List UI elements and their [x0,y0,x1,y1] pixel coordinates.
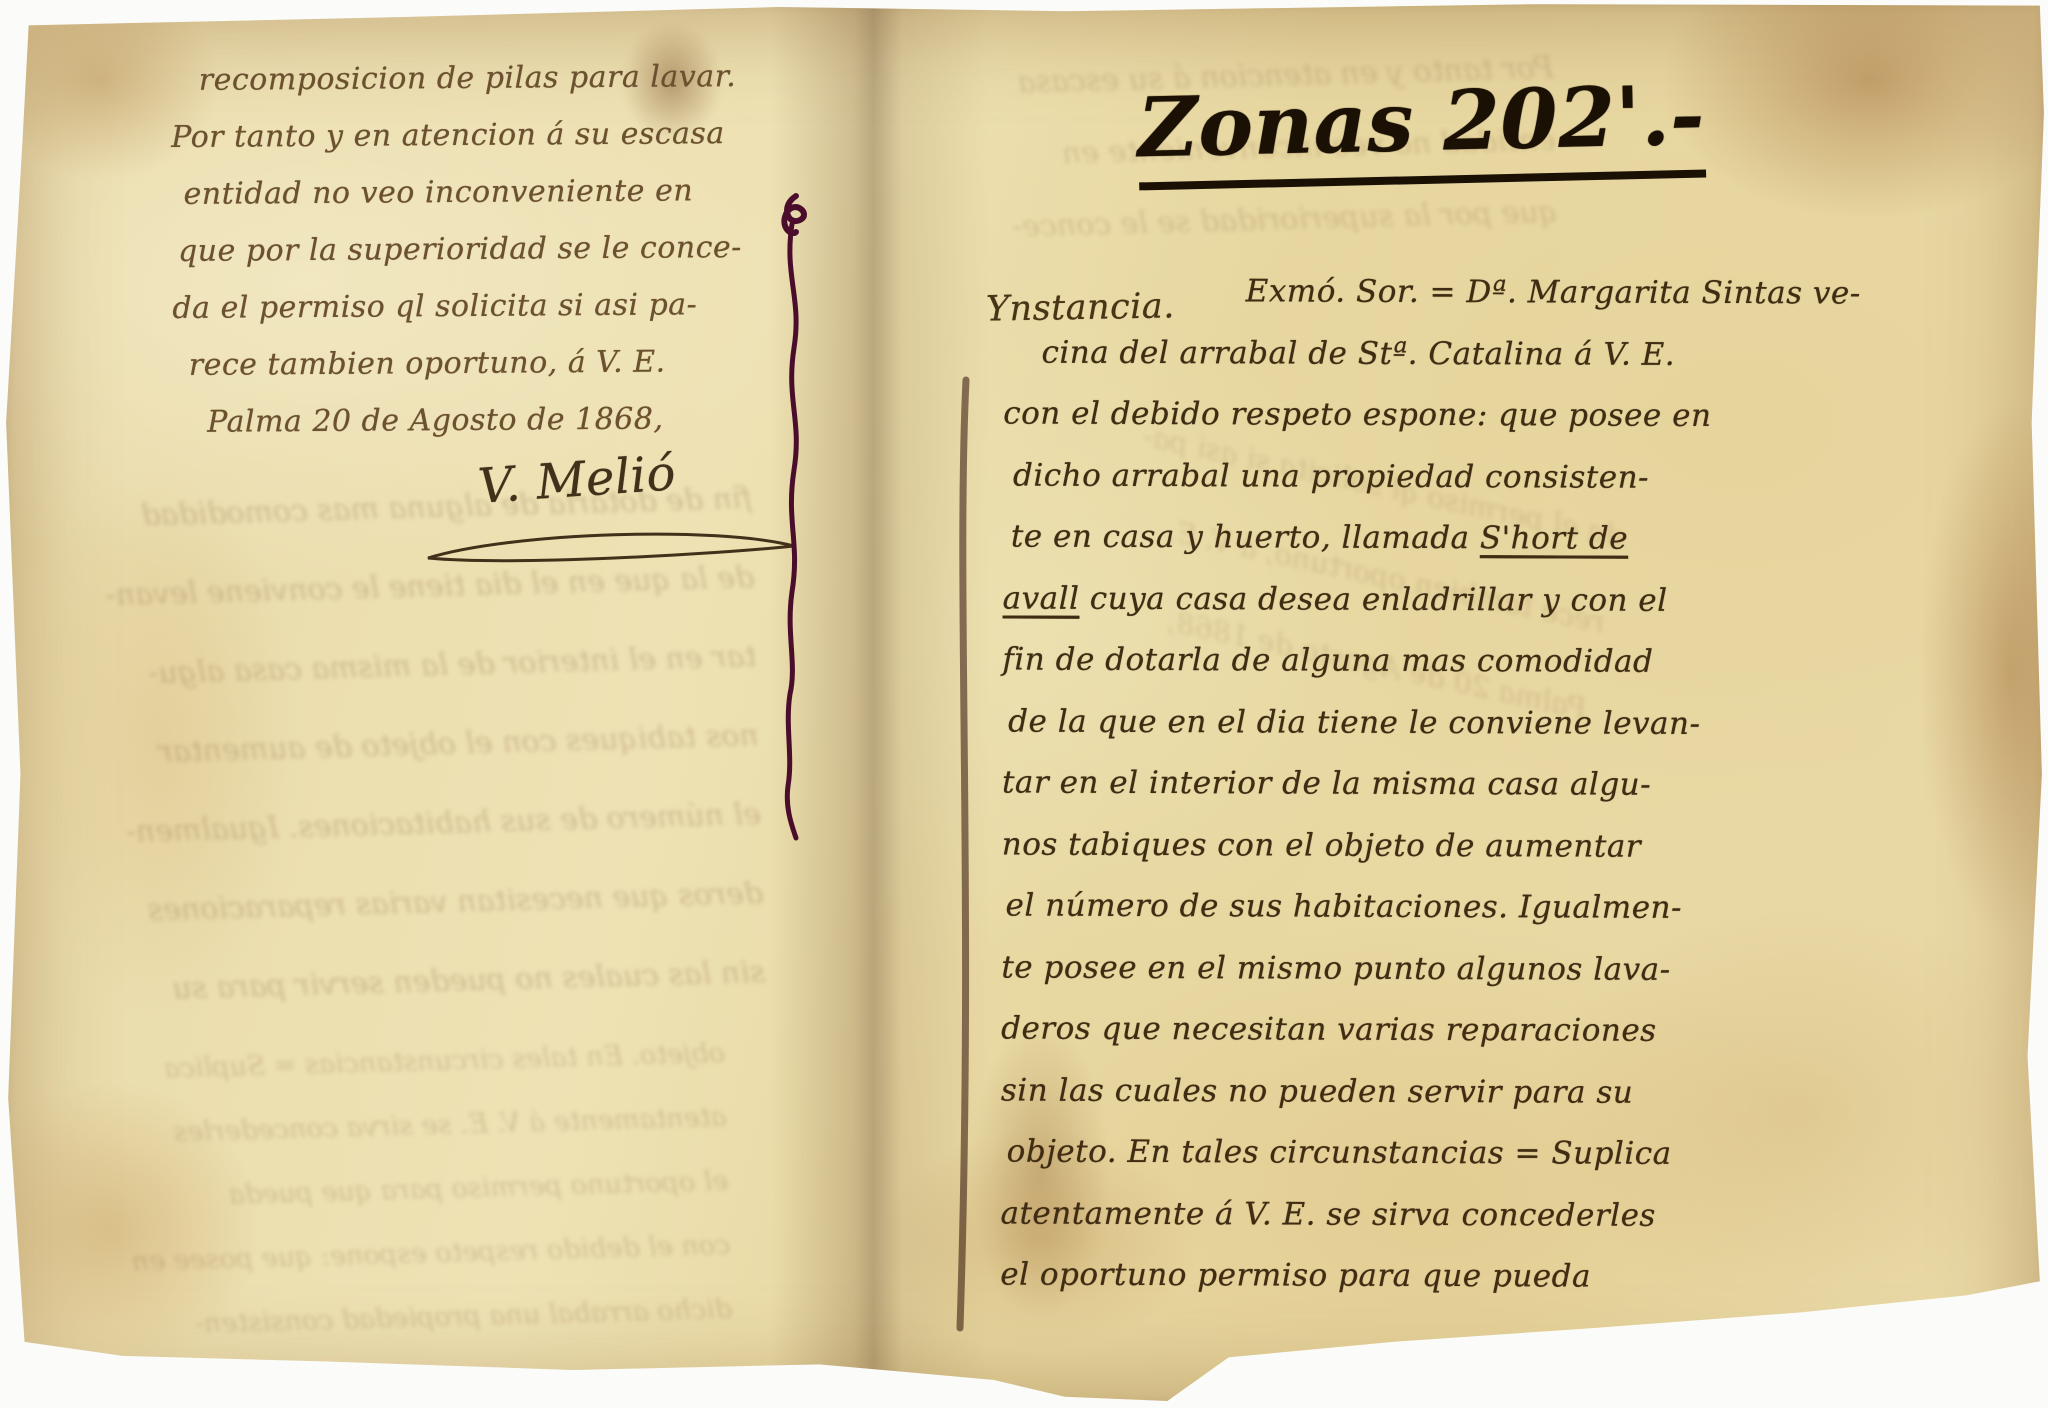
line-text: atentamente á V. E. se sirva concederles [1000,1195,1656,1233]
stain [1660,0,2048,220]
page-edge-crease [948,380,992,1330]
stain [1920,400,2048,940]
line-text: objeto. En tales circunstancias = Suplic… [1007,1134,1672,1172]
line-text: el número de sus habitaciones. Igualmen- [1006,888,1683,926]
line-text: el oportuno permiso para que pueda [1000,1257,1591,1295]
manuscript-line: Exmó. Sor. = Dª. Margarita Sintas ve- [1004,261,1861,325]
line-text: nos tabiques con el objeto de aumentar [1002,826,1641,864]
manuscript-line: con el debido respeto espone: que posee … [1003,384,1860,448]
binding-thread [742,180,852,890]
manuscript-line: Palma 20 de Agosto de 1868, [173,390,743,451]
line-text: te en casa y huerto, llamada [1011,519,1480,557]
bleed-through-text: objeto. En tales circunstancias = Suplic… [126,1022,733,1359]
manuscript-line: que por la superioridad se le conce- [172,219,742,280]
line-text: sin las cuales no pueden servir para su [1001,1072,1633,1110]
line-text: cina del arrabal de Stª. Catalina á V. E… [1041,334,1675,372]
left-page-text: recomposicion de pilas para lavar. Por t… [171,48,744,451]
line-text: te posee en el mismo punto algunos lava- [1001,949,1670,987]
manuscript-line: de la que en el dia tiene le conviene le… [1002,691,1859,755]
manuscript-line: Por tanto y en atencion á su escasa [171,105,741,166]
manuscript-line: sin las cuales no pueden servir para su [1001,1060,1858,1124]
bleed-through-line: sin las cuales no pueden servir para su [116,933,767,1030]
manuscript-line: objeto. En tales circunstancias = Suplic… [1001,1122,1858,1186]
line-text: fin de dotarla de alguna mas comodidad [1002,642,1653,680]
bleed-through-line: que por la superioridad se le conce- [1011,176,1559,263]
manuscript-line: atentamente á V. E. se sirva concederles [1000,1183,1857,1247]
manuscript-line: deros que necesitan varias reparaciones [1001,999,1858,1063]
line-text: deros que necesitan varias reparaciones [1001,1011,1657,1049]
manuscript-scan: fin de dotarla de alguna mas comodidad d… [0,0,2048,1408]
manuscript-line: da el permiso ql solicita si asi pa- [172,276,742,337]
underlined-phrase: S'hort de [1480,520,1628,557]
manuscript-line: fin de dotarla de alguna mas comodidad [1002,630,1859,694]
manuscript-line: el número de sus habitaciones. Igualmen- [1001,876,1858,940]
line-text: con el debido respeto espone: que posee … [1003,396,1711,434]
manuscript-line: avall cuya casa desea enladrillar y con … [1003,568,1860,632]
document-title: Zonas 202'.- [1137,68,1706,191]
manuscript-line: te posee en el mismo punto algunos lava- [1001,937,1858,1001]
line-text: de la que en el dia tiene le conviene le… [1008,703,1700,741]
manuscript-line: tar en el interior de la misma casa algu… [1002,753,1859,817]
manuscript-line: cina del arrabal de Stª. Catalina á V. E… [1003,322,1860,386]
line-text: cuya casa desea enladrillar y con el [1079,580,1667,618]
manuscript-line: rece tambien oportuno, á V. E. [173,333,743,394]
line-text: Exmó. Sor. = Dª. Margarita Sintas ve- [1246,273,1861,311]
paper-sheet: fin de dotarla de alguna mas comodidad d… [0,0,2048,1408]
manuscript-line: te en casa y huerto, llamada S'hort de [1003,507,1860,571]
manuscript-line: dicho arrabal una propiedad consisten- [1003,445,1860,509]
underlined-phrase: avall [1003,580,1080,616]
manuscript-line: recomposicion de pilas para lavar. [171,48,741,109]
line-text: tar en el interior de la misma casa algu… [1002,765,1651,803]
manuscript-line: entidad no veo inconveniente en [171,162,741,223]
line-text: dicho arrabal una propiedad consisten- [1013,457,1649,495]
manuscript-line: nos tabiques con el objeto de aumentar [1002,814,1859,878]
right-page-text: Exmó. Sor. = Dª. Margarita Sintas ve- ci… [1000,261,1861,1309]
manuscript-line: el oportuno permiso para que pueda [1000,1245,1857,1309]
